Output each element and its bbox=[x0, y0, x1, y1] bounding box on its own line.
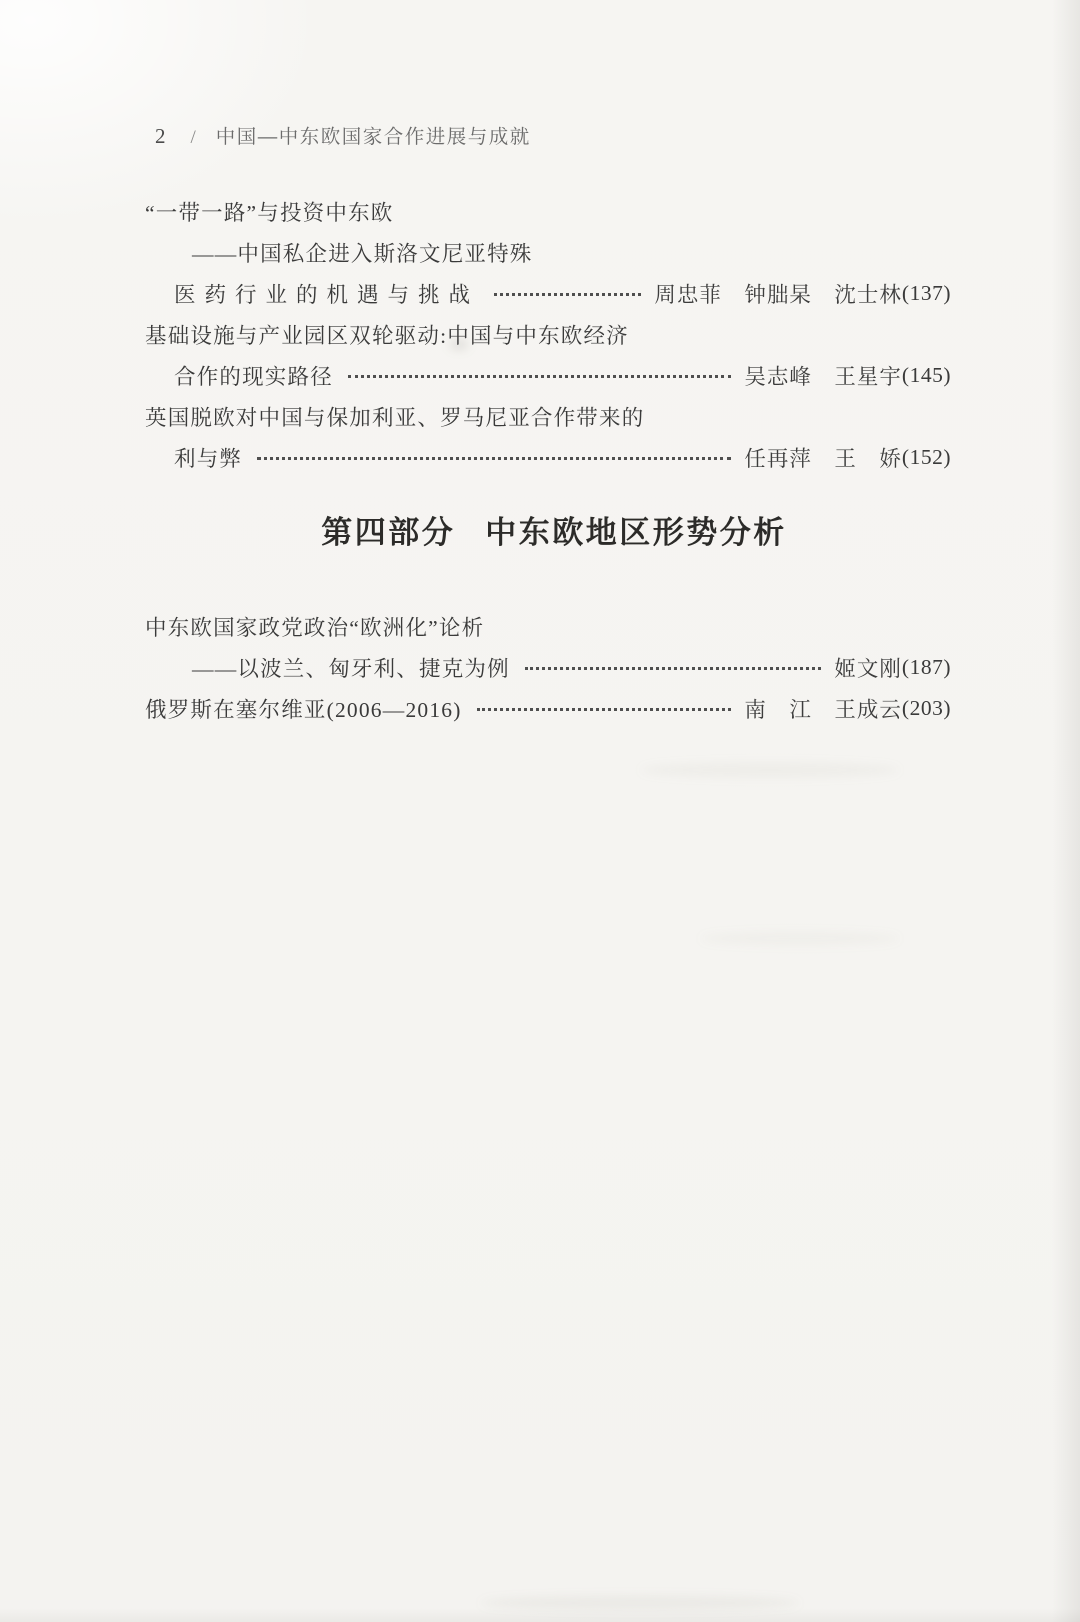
toc-entry-authors: 周忠菲 钟朏杲 沈士林 bbox=[654, 278, 902, 309]
toc-entry-title: “一带一路”与投资中东欧 bbox=[145, 196, 394, 227]
toc-entry-line: 中东欧国家政党政治“欧洲化”论析 bbox=[145, 606, 951, 647]
toc-entry-title: 基础设施与产业园区双轮驱动:中国与中东欧经济 bbox=[145, 319, 629, 350]
toc-entry-subtitle: ——以波兰、匈牙利、捷克为例 bbox=[192, 652, 510, 683]
toc-entry-title: 俄罗斯在塞尔维亚(2006—2016) bbox=[145, 693, 462, 724]
bleed-through-smudge bbox=[480, 1596, 800, 1610]
page-edge-shadow-bottom bbox=[0, 1608, 1080, 1622]
bleed-through-smudge bbox=[640, 762, 900, 778]
toc-entry-page-number: (137) bbox=[902, 281, 951, 306]
page-edge-shadow-right bbox=[1052, 0, 1080, 1622]
toc-entry-page-number: (187) bbox=[902, 655, 951, 680]
toc-entry-line: “一带一路”与投资中东欧 bbox=[145, 191, 951, 232]
toc-block-part3: “一带一路”与投资中东欧 ——中国私企进入斯洛文尼亚特殊 医药行业的机遇与挑战 … bbox=[145, 191, 951, 478]
toc-block-part4: 中东欧国家政党政治“欧洲化”论析 ——以波兰、匈牙利、捷克为例 姬文刚 (187… bbox=[145, 606, 951, 729]
toc-entry-page-number: (203) bbox=[902, 696, 951, 721]
toc-entry-title: 医药行业的机遇与挑战 bbox=[174, 278, 479, 309]
page-content: 2 / 中国—中东欧国家合作进展与成就 “一带一路”与投资中东欧 ——中国私企进… bbox=[145, 121, 951, 729]
scanned-book-page: 2 / 中国—中东欧国家合作进展与成就 “一带一路”与投资中东欧 ——中国私企进… bbox=[0, 0, 1080, 1622]
toc-entry-authors: 任再萍 王 娇 bbox=[744, 442, 902, 473]
header-running-title: 中国—中东欧国家合作进展与成就 bbox=[216, 121, 531, 149]
toc-entry-page-number: (152) bbox=[902, 445, 951, 470]
toc-entry-line: 基础设施与产业园区双轮驱动:中国与中东欧经济 bbox=[145, 314, 951, 355]
section-heading-label: 第四部分 bbox=[321, 515, 455, 550]
toc-entry-title: 英国脱欧对中国与保加利亚、罗马尼亚合作带来的 bbox=[145, 401, 644, 432]
toc-entry-line: 合作的现实路径 吴志峰 王星宇 (145) bbox=[145, 355, 951, 396]
toc-entry-authors: 南 江 王成云 bbox=[744, 693, 902, 724]
dot-leader bbox=[257, 457, 731, 460]
toc-entry-authors: 吴志峰 王星宇 bbox=[744, 360, 902, 391]
running-header: 2 / 中国—中东欧国家合作进展与成就 bbox=[155, 121, 951, 145]
toc-entry-authors: 姬文刚 bbox=[834, 652, 902, 683]
toc-entry-page-number: (145) bbox=[902, 363, 951, 388]
toc-entry-subtitle: ——中国私企进入斯洛文尼亚特殊 bbox=[192, 237, 533, 268]
header-page-number: 2 bbox=[155, 124, 167, 149]
toc-entry-title: 中东欧国家政党政治“欧洲化”论析 bbox=[145, 611, 484, 642]
toc-entry-line: 医药行业的机遇与挑战 周忠菲 钟朏杲 沈士林 (137) bbox=[145, 273, 951, 314]
dot-leader bbox=[477, 708, 732, 711]
bleed-through-smudge bbox=[700, 932, 900, 945]
toc-entry-line: 利与弊 任再萍 王 娇 (152) bbox=[145, 437, 951, 478]
section-heading-title: 中东欧地区形势分析 bbox=[485, 515, 787, 550]
toc-entry-subtitle-line: ——中国私企进入斯洛文尼亚特殊 bbox=[145, 232, 951, 273]
header-separator: / bbox=[191, 127, 196, 149]
toc-entry-line: 英国脱欧对中国与保加利亚、罗马尼亚合作带来的 bbox=[145, 396, 951, 437]
dot-leader bbox=[348, 375, 732, 378]
toc-entry-line: ——以波兰、匈牙利、捷克为例 姬文刚 (187) bbox=[145, 647, 951, 688]
toc-entry-title: 合作的现实路径 bbox=[174, 360, 333, 391]
dot-leader bbox=[525, 667, 822, 670]
section-heading: 第四部分中东欧地区形势分析 bbox=[145, 513, 951, 553]
toc-entry-line: 俄罗斯在塞尔维亚(2006—2016) 南 江 王成云 (203) bbox=[145, 688, 951, 729]
dot-leader bbox=[494, 293, 641, 296]
toc-entry-title: 利与弊 bbox=[174, 442, 242, 473]
